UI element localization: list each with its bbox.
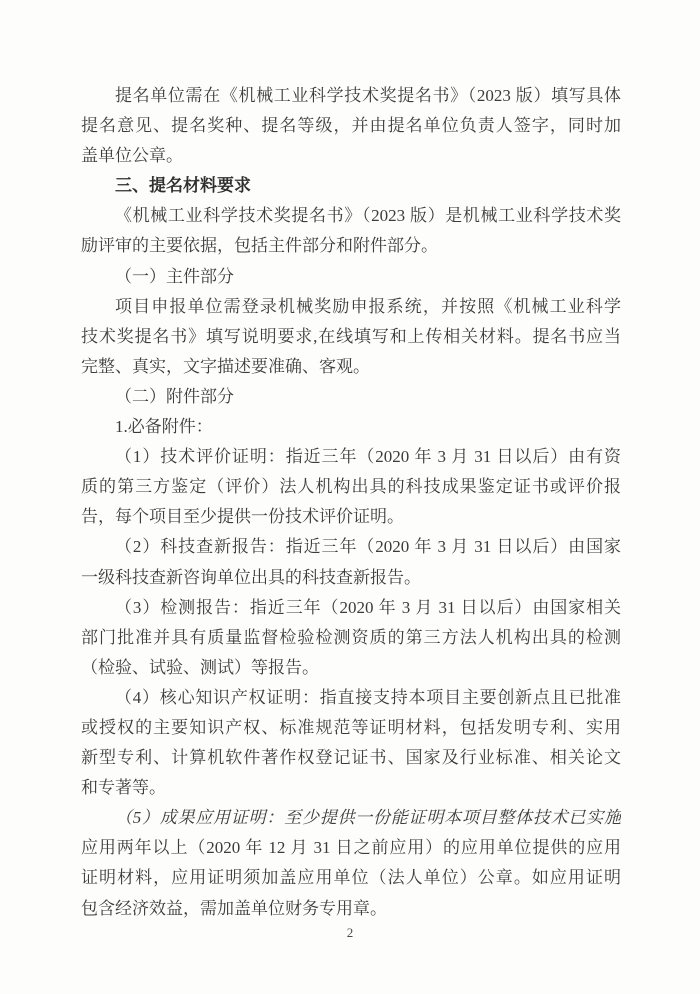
list-label: 1.必备附件：	[81, 412, 621, 442]
text-line: 提名意见、提名奖种、提名等级，并由提名单位负责人签字，同时加	[81, 111, 621, 141]
text-line: 告，每个项目至少提供一份技术评价证明。	[81, 502, 621, 532]
text-line: 一级科技查新咨询单位出具的科技查新报告。	[81, 563, 621, 593]
text-line: （检验、试验、测试）等报告。	[81, 653, 621, 683]
text-line: （2）科技查新报告：指近三年（2020 年 3 月 31 日以后）由国家	[81, 532, 621, 562]
text-line: 部门批准并具有质量监督检验检测资质的第三方法人机构出具的检测	[81, 623, 621, 653]
text-line: 项目申报单位需登录机械奖励申报系统，并按照《机械工业科学	[81, 292, 621, 322]
text-line: 技术奖提名书》填写说明要求,在线填写和上传相关材料。提名书应当	[81, 322, 621, 352]
subsection-heading: （一）主件部分	[81, 262, 621, 292]
text-line: 质的第三方鉴定（评价）法人机构出具的科技成果鉴定证书或评价报	[81, 472, 621, 502]
page-number: 2	[0, 924, 700, 942]
text-line: （1）技术评价证明：指近三年（2020 年 3 月 31 日以后）由有资	[81, 442, 621, 472]
text-line: 或授权的主要知识产权、标准规范等证明材料，包括发明专利、实用	[81, 713, 621, 743]
text-line: （4）核心知识产权证明：指直接支持本项目主要创新点且已批准	[81, 683, 621, 713]
text-line: 提名单位需在《机械工业科学技术奖提名书》（2023 版）填写具体	[81, 81, 621, 111]
text-line: 新型专利、计算机软件著作权登记证书、国家及行业标准、相关论文	[81, 743, 621, 773]
text-line: 应用两年以上（2020 年 12 月 31 日之前应用）的应用单位提供的应用	[81, 833, 621, 863]
text-line: 盖单位公章。	[81, 141, 621, 171]
section-heading: 三、提名材料要求	[81, 171, 621, 201]
text-line: 励评审的主要依据，包括主件部分和附件部分。	[81, 231, 621, 261]
text-line: 包含经济效益，需加盖单位财务专用章。	[81, 894, 621, 924]
text-line: （5）成果应用证明：至少提供一份能证明本项目整体技术已实施	[81, 803, 621, 833]
text-line: 《机械工业科学技术奖提名书》（2023 版）是机械工业科学技术奖	[81, 201, 621, 231]
document-page: 提名单位需在《机械工业科学技术奖提名书》（2023 版）填写具体 提名意见、提名…	[0, 0, 700, 994]
text-line: （3）检测报告：指近三年（2020 年 3 月 31 日以后）由国家相关	[81, 593, 621, 623]
subsection-heading: （二）附件部分	[81, 382, 621, 412]
text-line: 证明材料，应用证明须加盖应用单位（法人单位）公章。如应用证明	[81, 863, 621, 893]
text-line: 完整、真实，文字描述要准确、客观。	[81, 352, 621, 382]
text-line: 和专著等。	[81, 773, 621, 803]
document-body: 提名单位需在《机械工业科学技术奖提名书》（2023 版）填写具体 提名意见、提名…	[81, 81, 621, 924]
